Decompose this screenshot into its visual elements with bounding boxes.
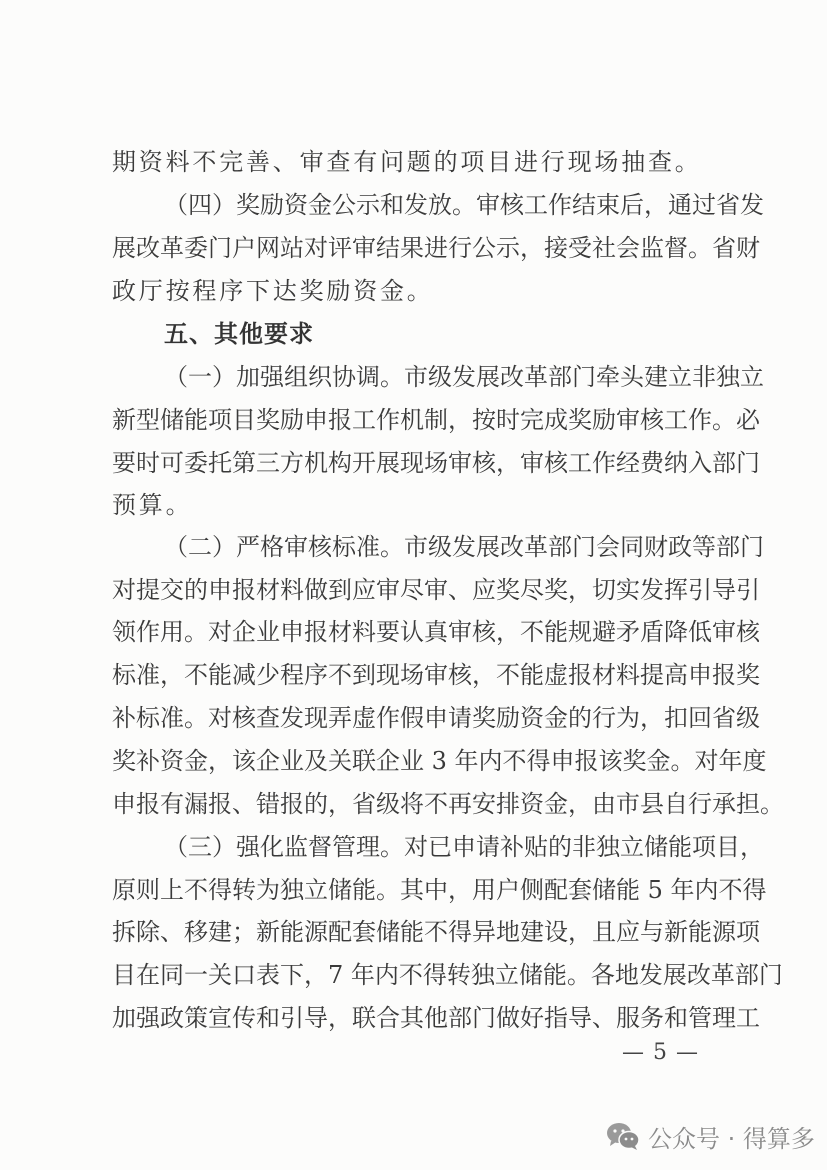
- watermark-label: 公众号 · 得算多: [648, 1119, 815, 1154]
- text-line: 预算。: [112, 484, 718, 527]
- text-line: 申报有漏报、错报的，省级将不再安排资金，由市县自行承担。: [112, 783, 718, 826]
- text-line: 补标准。对核查发现弄虚作假申请奖励资金的行为，扣回省级: [112, 697, 718, 740]
- text-line: 拆除、移建；新能源配套储能不得异地建设，且应与新能源项: [112, 911, 718, 954]
- text-line: （二）严格审核标准。市级发展改革部门会同财政等部门: [164, 526, 718, 569]
- text-line: 领作用。对企业申报材料要认真审核，不能规避矛盾降低审核: [112, 611, 718, 654]
- text-line: 期资料不完善、审查有问题的项目进行现场抽查。: [112, 141, 718, 184]
- text-line: 奖补资金，该企业及关联企业 3 年内不得申报该奖金。对年度: [112, 740, 718, 783]
- text-line: （一）加强组织协调。市级发展改革部门牵头建立非独立: [164, 356, 718, 399]
- text-line: 标准，不能减少程序不到现场审核，不能虚报材料提高申报奖: [112, 654, 718, 697]
- text-line: 加强政策宣传和引导，联合其他部门做好指导、服务和管理工: [112, 997, 718, 1040]
- text-line: 原则上不得转为独立储能。其中，用户侧配套储能 5 年内不得: [112, 869, 718, 912]
- document-page: 期资料不完善、审查有问题的项目进行现场抽查。 （四）奖励资金公示和发放。审核工作…: [0, 0, 827, 1170]
- page-number: — 5 —: [622, 1040, 699, 1065]
- section-heading: 五、其他要求: [164, 313, 718, 356]
- text-line: （四）奖励资金公示和发放。审核工作结束后，通过省发: [164, 184, 718, 227]
- text-line: 政厅按程序下达奖励资金。: [112, 270, 718, 313]
- text-line: 对提交的申报材料做到应审尽审、应奖尽奖，切实发挥引导引: [112, 569, 718, 612]
- wechat-icon: [606, 1121, 640, 1151]
- text-line: 展改革委门户网站对评审结果进行公示，接受社会监督。省财: [112, 227, 718, 270]
- text-line: 目在同一关口表下，7 年内不得转独立储能。各地发展改革部门: [112, 954, 718, 997]
- text-line: （三）强化监督管理。对已申请补贴的非独立储能项目，: [164, 826, 718, 869]
- watermark-footer: 公众号 · 得算多: [606, 1120, 815, 1152]
- text-line: 要时可委托第三方机构开展现场审核，审核工作经费纳入部门: [112, 442, 718, 485]
- text-line: 新型储能项目奖励申报工作机制，按时完成奖励审核工作。必: [112, 399, 718, 442]
